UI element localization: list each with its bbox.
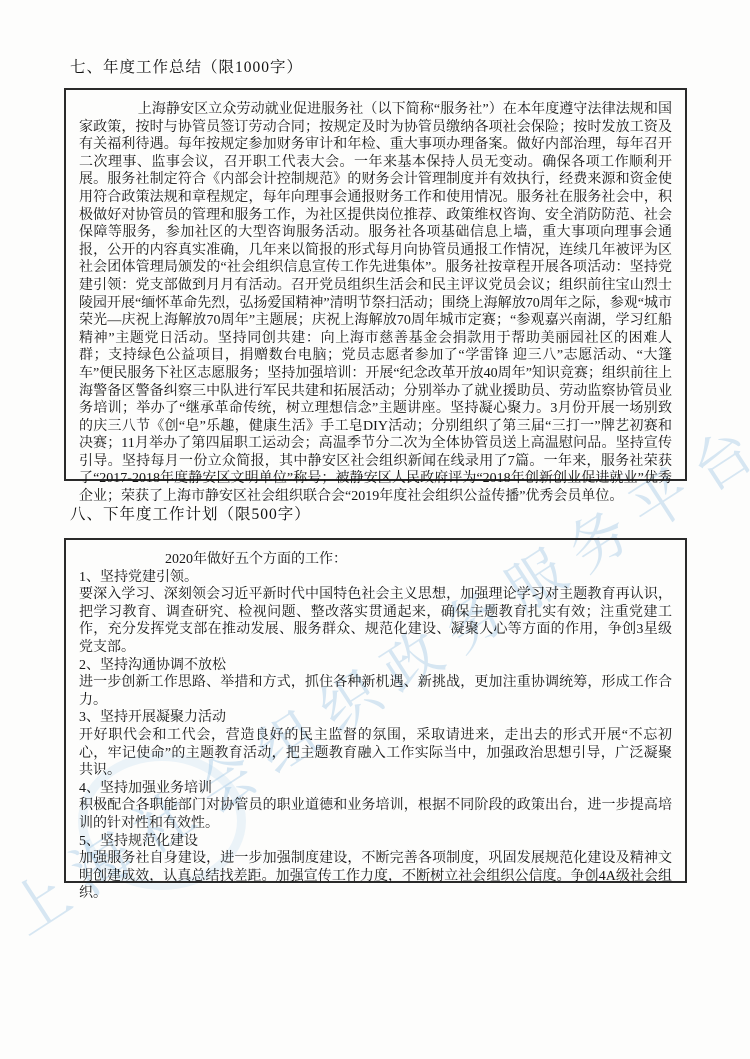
next-year-plan-box: 2020年做好五个方面的工作： 1、坚持党建引领。 要深入学习、深刻领会习近平新… — [64, 538, 687, 883]
plan-item-5-body: 加强服务社自身建设，进一步加强制度建设，不断完善各项制度，巩固发展规范化建设及精… — [79, 850, 672, 903]
plan-item-2-body: 进一步创新工作思路、举措和方式，抓住各种新机遇、新挑战，更加注重协调统筹，形成工… — [79, 674, 672, 709]
section-8-heading: 八、下年度工作计划（限500字） — [70, 502, 311, 524]
plan-item-4-title: 4、坚持加强业务培训 — [79, 780, 672, 798]
plan-item-1-body: 要深入学习、深刻领会习近平新时代中国特色社会主义思想，加强理论学习对主题教育再认… — [79, 586, 672, 656]
annual-summary-box: 上海静安区立众劳动就业促进服务社（以下简称“服务社”）在本年度遵守法律法规和国家… — [64, 88, 687, 481]
plan-item-1-title: 1、坚持党建引领。 — [79, 569, 672, 587]
plan-item-3-title: 3、坚持开展凝聚力活动 — [79, 709, 672, 727]
plan-item-2-title: 2、坚持沟通协调不放松 — [79, 657, 672, 675]
plan-item-4-body: 积极配合各职能部门对协管员的职业道德和业务培训，根据不同阶段的政策出台，进一步提… — [79, 797, 672, 832]
plan-item-5-title: 5、坚持规范化建设 — [79, 833, 672, 851]
document-page: 上海社会组织政务服务平台 七、年度工作总结（限1000字） 上海静安区立众劳动就… — [0, 0, 750, 1059]
section-7-heading: 七、年度工作总结（限1000字） — [70, 55, 303, 77]
plan-item-3-body: 开好职代会和工代会，营造良好的民主监督的氛围，采取请进来，走出去的形式开展“不忘… — [79, 727, 672, 780]
annual-summary-paragraph: 上海静安区立众劳动就业促进服务社（以下简称“服务社”）在本年度遵守法律法规和国家… — [79, 101, 672, 506]
plan-intro-line: 2020年做好五个方面的工作： — [79, 551, 672, 569]
